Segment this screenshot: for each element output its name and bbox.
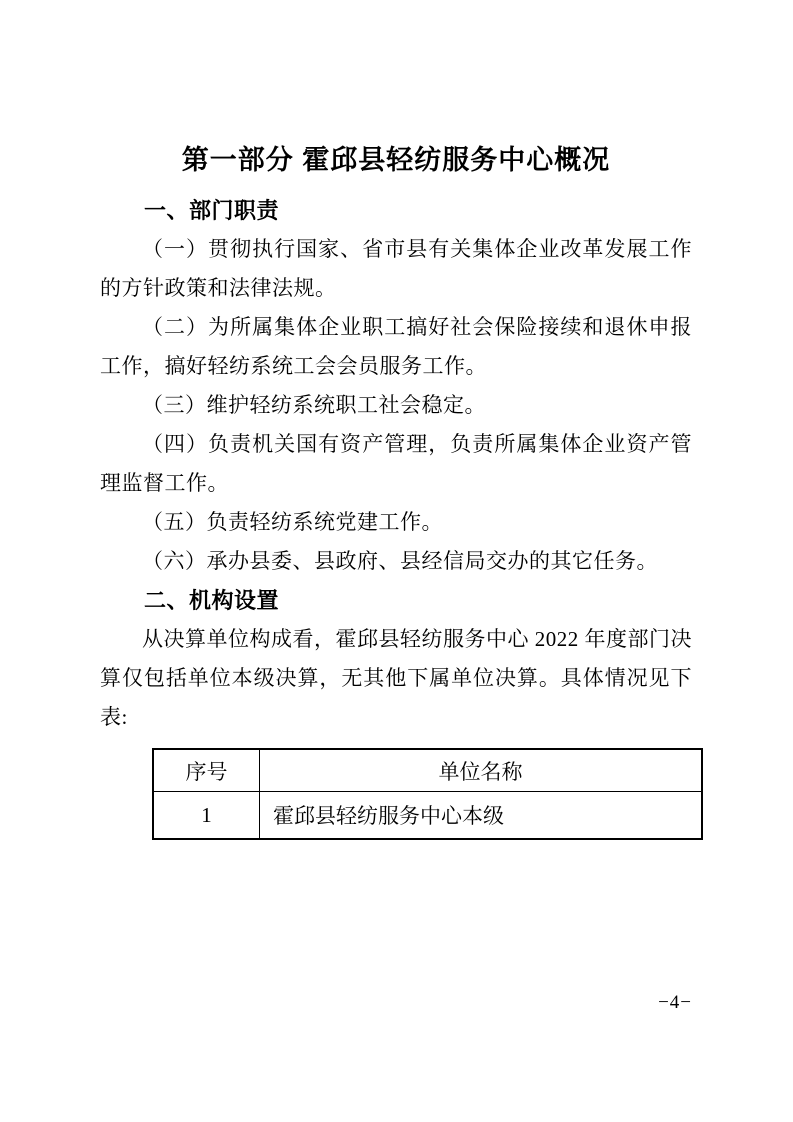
section-heading-duties: 一、部门职责 [100, 191, 692, 230]
duty-paragraph-6: （六）承办县委、县政府、县经信局交办的其它任务。 [100, 542, 692, 581]
table-row: 1 霍邱县轻纺服务中心本级 [153, 792, 702, 840]
document-page: 第一部分 霍邱县轻纺服务中心概况 一、部门职责 （一）贯彻执行国家、省市县有关集… [0, 0, 793, 1122]
duty-paragraph-2: （二）为所属集体企业职工搞好社会保险接续和退休申报工作，搞好轻纺系统工会会员服务… [100, 308, 692, 386]
page-number: −4− [658, 992, 692, 1014]
table-header-index: 序号 [153, 749, 260, 792]
organization-paragraph: 从决算单位构成看，霍邱县轻纺服务中心 2022 年度部门决算仅包括单位本级决算，… [100, 620, 692, 737]
page-content: 第一部分 霍邱县轻纺服务中心概况 一、部门职责 （一）贯彻执行国家、省市县有关集… [100, 0, 692, 840]
table-cell-unit-name: 霍邱县轻纺服务中心本级 [260, 792, 703, 840]
duty-paragraph-5: （五）负责轻纺系统党建工作。 [100, 503, 692, 542]
table-header-unit-name: 单位名称 [260, 749, 703, 792]
duty-paragraph-3: （三）维护轻纺系统职工社会稳定。 [100, 386, 692, 425]
duty-paragraph-1: （一）贯彻执行国家、省市县有关集体企业改革发展工作的方针政策和法律法规。 [100, 230, 692, 308]
table-header-row: 序号 单位名称 [153, 749, 702, 792]
table-cell-index: 1 [153, 792, 260, 840]
section-heading-organization: 二、机构设置 [100, 581, 692, 620]
unit-list-table: 序号 单位名称 1 霍邱县轻纺服务中心本级 [152, 748, 703, 840]
duty-paragraph-4: （四）负责机关国有资产管理，负责所属集体企业资产管理监督工作。 [100, 425, 692, 503]
document-title: 第一部分 霍邱县轻纺服务中心概况 [100, 142, 692, 179]
